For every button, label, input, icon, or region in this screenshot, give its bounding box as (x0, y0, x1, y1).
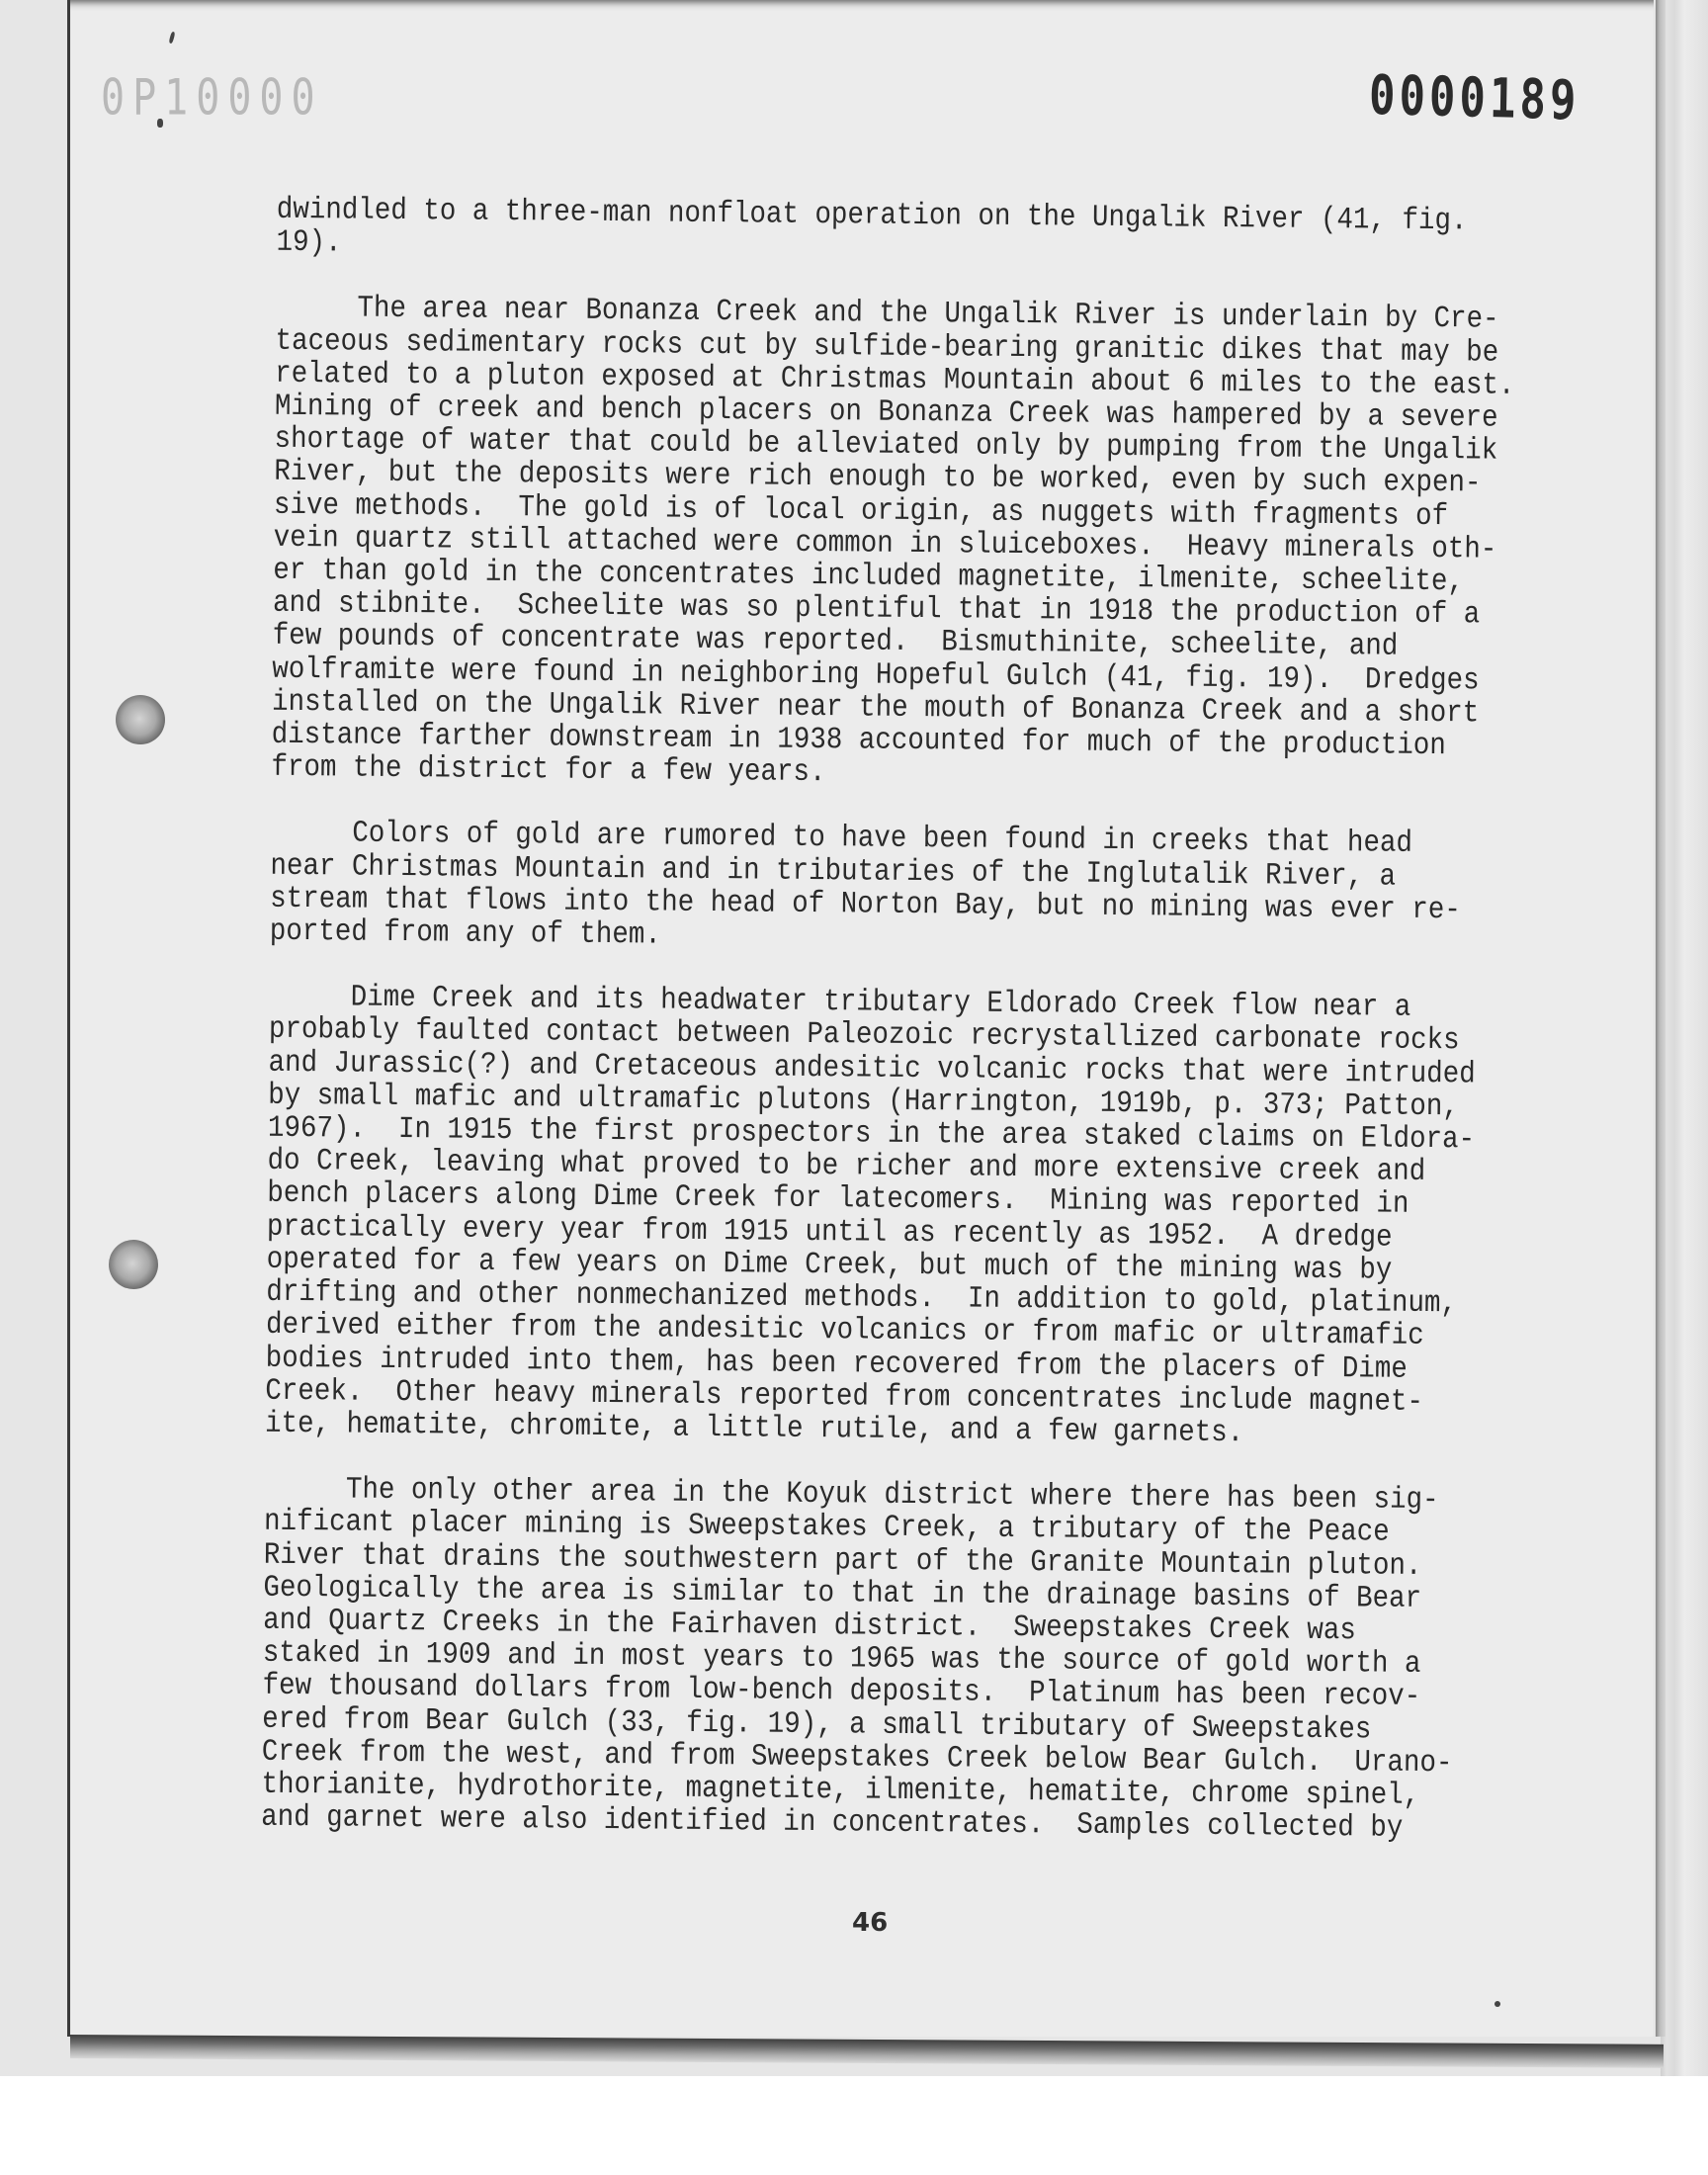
punch-hole-icon (109, 1240, 158, 1289)
punch-hole-icon (116, 695, 165, 744)
paragraph-dime-creek: Dime Creek and its headwater tributary E… (265, 981, 1499, 1452)
paragraph-bonanza-creek: The area near Bonanza Creek and the Unga… (271, 292, 1506, 796)
faded-stamp-number: 0P10000 (101, 69, 323, 127)
ink-dot (1494, 2001, 1500, 2007)
document-body: dwindled to a three-man nonfloat operati… (261, 194, 1507, 1878)
page-right-edge (1656, 0, 1665, 2037)
paragraph-sweepstakes-creek: The only other area in the Koyuk distric… (261, 1473, 1494, 1846)
page-number: 46 (852, 1908, 888, 1938)
paragraph-colors-of-gold: Colors of gold are rumored to have been … (270, 817, 1501, 960)
document-number-stamp: 0000189 (1368, 64, 1580, 132)
paragraph-continuation: dwindled to a three-man nonfloat operati… (276, 194, 1507, 271)
backing-sheet-edge (1661, 0, 1708, 2076)
